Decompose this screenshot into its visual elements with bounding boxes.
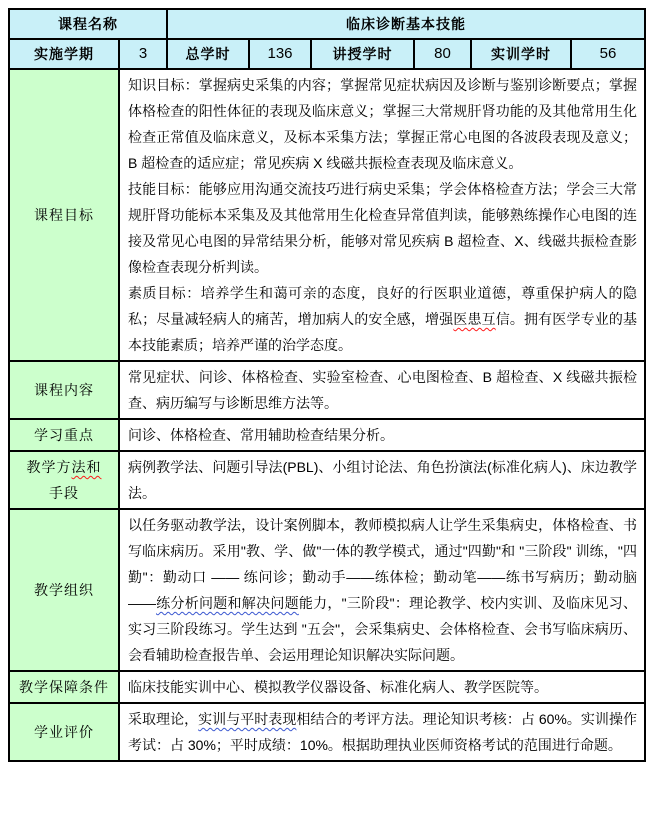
row-label-teaching-methods: 教学方法和手段 [9, 451, 119, 509]
table-row-teaching-support: 教学保障条件临床技能实训中心、模拟教学仪器设备、标准化病人、教学医院等。 [9, 671, 645, 703]
row-label-line: 课程目标 [12, 202, 116, 228]
text-segment: 教学保障条件 [19, 679, 109, 695]
row-content-academic-evaluation: 采取理论，实训与平时表现相结合的考评方法。理论知识考核：占 60%。实训操作考试… [119, 703, 645, 761]
paragraph: 知识目标：掌握病史采集的内容；掌握常见症状病因及诊断与鉴别诊断要点；掌握体格检查… [128, 72, 637, 176]
grammar-underline-text: 实训与平时表现 [198, 711, 296, 727]
table-row-course-objectives: 课程目标知识目标：掌握病史采集的内容；掌握常见症状病因及诊断与鉴别诊断要点；掌握… [9, 69, 645, 361]
row-label-teaching-support: 教学保障条件 [9, 671, 119, 703]
row-label-academic-evaluation: 学业评价 [9, 703, 119, 761]
header-course-name-value: 临床诊断基本技能 [167, 9, 645, 39]
paragraph: 采取理论，实训与平时表现相结合的考评方法。理论知识考核：占 60%。实训操作考试… [128, 706, 637, 758]
row-label-line: 学习重点 [12, 422, 116, 448]
text-segment: 课程内容 [34, 382, 94, 398]
row-content-teaching-support: 临床技能实训中心、模拟教学仪器设备、标准化病人、教学医院等。 [119, 671, 645, 703]
paragraph: 以任务驱动教学法，设计案例脚本，教师模拟病人让学生采集病史，体格检查、书写临床病… [128, 512, 637, 668]
text-segment: 学业评价 [34, 724, 94, 740]
course-syllabus-table: 课程名称临床诊断基本技能实施学期3总学时136讲授学时80实训学时56课程目标知… [8, 8, 646, 762]
table-row-academic-evaluation: 学业评价采取理论，实训与平时表现相结合的考评方法。理论知识考核：占 60%。实训… [9, 703, 645, 761]
text-segment: 手段 [49, 485, 79, 501]
header-lecture-hours-label: 讲授学时 [311, 39, 414, 69]
text-segment: 教学组织 [34, 582, 94, 598]
row-label-learning-focus: 学习重点 [9, 419, 119, 451]
table-row-learning-focus: 学习重点问诊、体格检查、常用辅助检查结果分析。 [9, 419, 645, 451]
table-row-course-content: 课程内容常见症状、问诊、体格检查、实验室检查、心电图检查、B 超检查、X 线磁共… [9, 361, 645, 419]
course-syllabus-table-body: 课程名称临床诊断基本技能实施学期3总学时136讲授学时80实训学时56课程目标知… [9, 9, 645, 761]
header-row-2: 实施学期3总学时136讲授学时80实训学时56 [9, 39, 645, 69]
header-practical-hours-label: 实训学时 [471, 39, 571, 69]
text-segment: 课程目标 [34, 207, 94, 223]
value-semester: 3 [119, 39, 167, 69]
text-segment: 病例教学法、问题引导法(PBL)、小组讨论法、角色扮演法(标准化病人)、床边教学… [128, 459, 637, 501]
row-label-line: 教学组织 [12, 577, 116, 603]
text-segment: 知识目标：掌握病史采集的内容；掌握常见症状病因及诊断与鉴别诊断要点；掌握体格检查… [128, 77, 637, 171]
row-content-teaching-methods: 病例教学法、问题引导法(PBL)、小组讨论法、角色扮演法(标准化病人)、床边教学… [119, 451, 645, 509]
document-page: 课程名称临床诊断基本技能实施学期3总学时136讲授学时80实训学时56课程目标知… [0, 0, 651, 815]
text-segment: 学习重点 [34, 427, 94, 443]
row-label-teaching-organization: 教学组织 [9, 509, 119, 671]
paragraph: 常见症状、问诊、体格检查、实验室检查、心电图检查、B 超检查、X 线磁共振检查、… [128, 364, 637, 416]
value-practical-hours: 56 [571, 39, 645, 69]
header-row-1: 课程名称临床诊断基本技能 [9, 9, 645, 39]
row-label-course-content: 课程内容 [9, 361, 119, 419]
table-row-teaching-methods: 教学方法和手段病例教学法、问题引导法(PBL)、小组讨论法、角色扮演法(标准化病… [9, 451, 645, 509]
paragraph: 临床技能实训中心、模拟教学仪器设备、标准化病人、教学医院等。 [128, 674, 637, 700]
header-course-name-label: 课程名称 [9, 9, 167, 39]
text-segment: 采取理论， [128, 711, 198, 727]
text-segment: 临床技能实训中心、模拟教学仪器设备、标准化病人、教学医院等。 [128, 679, 548, 695]
row-content-teaching-organization: 以任务驱动教学法，设计案例脚本，教师模拟病人让学生采集病史，体格检查、书写临床病… [119, 509, 645, 671]
spellcheck-underline-text: 法和 [72, 459, 102, 475]
row-label-line: 教学方法和 [12, 454, 116, 480]
value-lecture-hours: 80 [414, 39, 471, 69]
row-content-learning-focus: 问诊、体格检查、常用辅助检查结果分析。 [119, 419, 645, 451]
row-label-line: 手段 [12, 480, 116, 506]
text-segment: 技能目标：能够应用沟通交流技巧进行病史采集；学会体格检查方法；学会三大常规肝肾功… [128, 181, 637, 275]
row-label-line: 教学保障条件 [12, 674, 116, 700]
paragraph: 问诊、体格检查、常用辅助检查结果分析。 [128, 422, 637, 448]
grammar-underline-text: 练分析问题和解决问题 [156, 595, 299, 611]
header-semester-label: 实施学期 [9, 39, 119, 69]
value-total-hours: 136 [249, 39, 311, 69]
text-segment: 常见症状、问诊、体格检查、实验室检查、心电图检查、B 超检查、X 线磁共振检查、… [128, 369, 637, 411]
text-segment: 问诊、体格检查、常用辅助检查结果分析。 [128, 427, 394, 443]
table-row-teaching-organization: 教学组织以任务驱动教学法，设计案例脚本，教师模拟病人让学生采集病史，体格检查、书… [9, 509, 645, 671]
row-label-line: 课程内容 [12, 377, 116, 403]
spellcheck-underline-text: 医患互 [453, 311, 495, 327]
text-segment: 教学方 [27, 459, 72, 475]
row-content-course-objectives: 知识目标：掌握病史采集的内容；掌握常见症状病因及诊断与鉴别诊断要点；掌握体格检查… [119, 69, 645, 361]
paragraph: 病例教学法、问题引导法(PBL)、小组讨论法、角色扮演法(标准化病人)、床边教学… [128, 454, 637, 506]
row-content-course-content: 常见症状、问诊、体格检查、实验室检查、心电图检查、B 超检查、X 线磁共振检查、… [119, 361, 645, 419]
paragraph: 技能目标：能够应用沟通交流技巧进行病史采集；学会体格检查方法；学会三大常规肝肾功… [128, 176, 637, 280]
header-total-hours-label: 总学时 [167, 39, 249, 69]
row-label-course-objectives: 课程目标 [9, 69, 119, 361]
row-label-line: 学业评价 [12, 719, 116, 745]
paragraph: 素质目标：培养学生和蔼可亲的态度，良好的行医职业道德，尊重保护病人的隐私；尽量减… [128, 280, 637, 358]
